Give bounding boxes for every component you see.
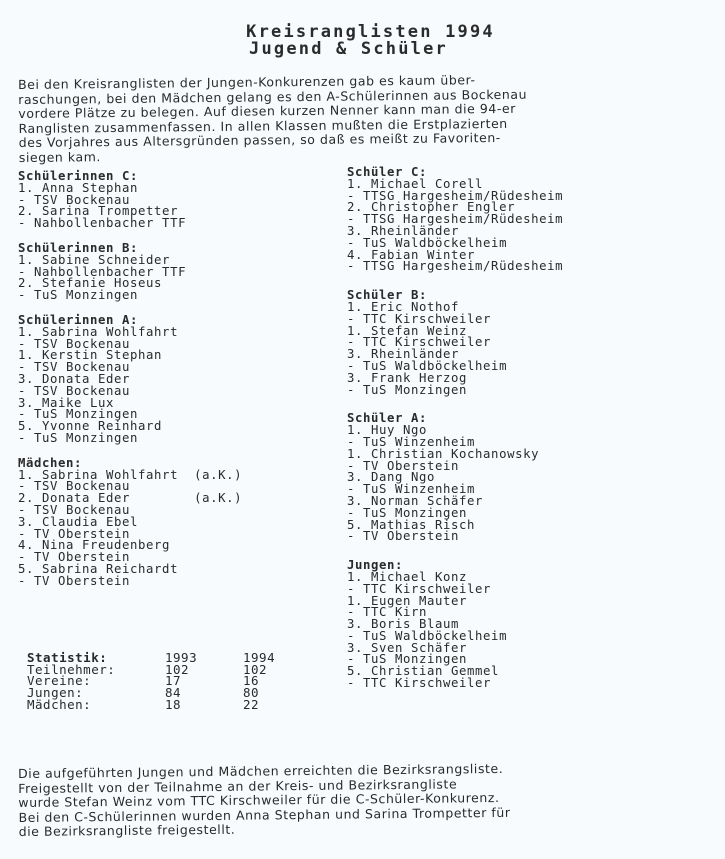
closing-paragraph: Die aufgeführten Jungen und Mädchen erre…: [18, 760, 719, 840]
club-line: - TV Oberstein: [347, 531, 563, 543]
right-results-column: Schüler C:1. Michael Corell- TTSG Harges…: [347, 167, 563, 707]
results-section: Schülerinnen C:1. Anna Stephan- TSV Bock…: [18, 171, 242, 230]
value-1994: 22: [243, 699, 275, 711]
results-section: Schüler C:1. Michael Corell- TTSG Harges…: [347, 167, 563, 273]
club-line: - TuS Monzingen: [347, 385, 563, 397]
club-line: - TTSG Hargesheim/Rüdesheim: [347, 261, 563, 273]
statistics-label: Mädchen:: [27, 699, 165, 711]
value-1993: 18: [165, 699, 243, 711]
results-section: Schülerinnen B:1. Sabine Schneider- Nahb…: [18, 243, 242, 302]
intro-paragraph: Bei den Kreisranglisten der Jungen-Konku…: [18, 71, 719, 165]
club-line: - TTC Kirschweiler: [347, 678, 563, 690]
statistics-table: Statistik: 1993 1994 Teilnehmer:102102Ve…: [27, 652, 275, 711]
club-line: - TuS Monzingen: [18, 290, 242, 302]
results-section: Schülerinnen A:1. Sabrina Wohlfahrt- TSV…: [18, 315, 242, 445]
scanned-page: Kreisranglisten 1994 Jugend & Schüler Be…: [0, 0, 725, 859]
results-section: Jungen:1. Michael Konz- TTC Kirschweiler…: [347, 560, 563, 690]
results-section: Mädchen:1. Sabrina Wohlfahrt (a.K.)- TSV…: [18, 458, 242, 588]
statistics-row: Mädchen:1822: [27, 699, 275, 711]
left-results-column: Schülerinnen C:1. Anna Stephan- TSV Bock…: [18, 171, 242, 601]
results-section: Schüler A:1. Huy Ngo- TuS Winzenheim1. C…: [347, 413, 563, 543]
club-line: - Nahbollenbacher TTF: [18, 218, 242, 230]
results-section: Schüler B:1. Eric Nothof- TTC Kirschweil…: [347, 290, 563, 396]
club-line: - TV Oberstein: [18, 576, 242, 588]
club-line: - TuS Monzingen: [18, 433, 242, 445]
document-subtitle: Jugend & Schüler: [0, 40, 711, 58]
